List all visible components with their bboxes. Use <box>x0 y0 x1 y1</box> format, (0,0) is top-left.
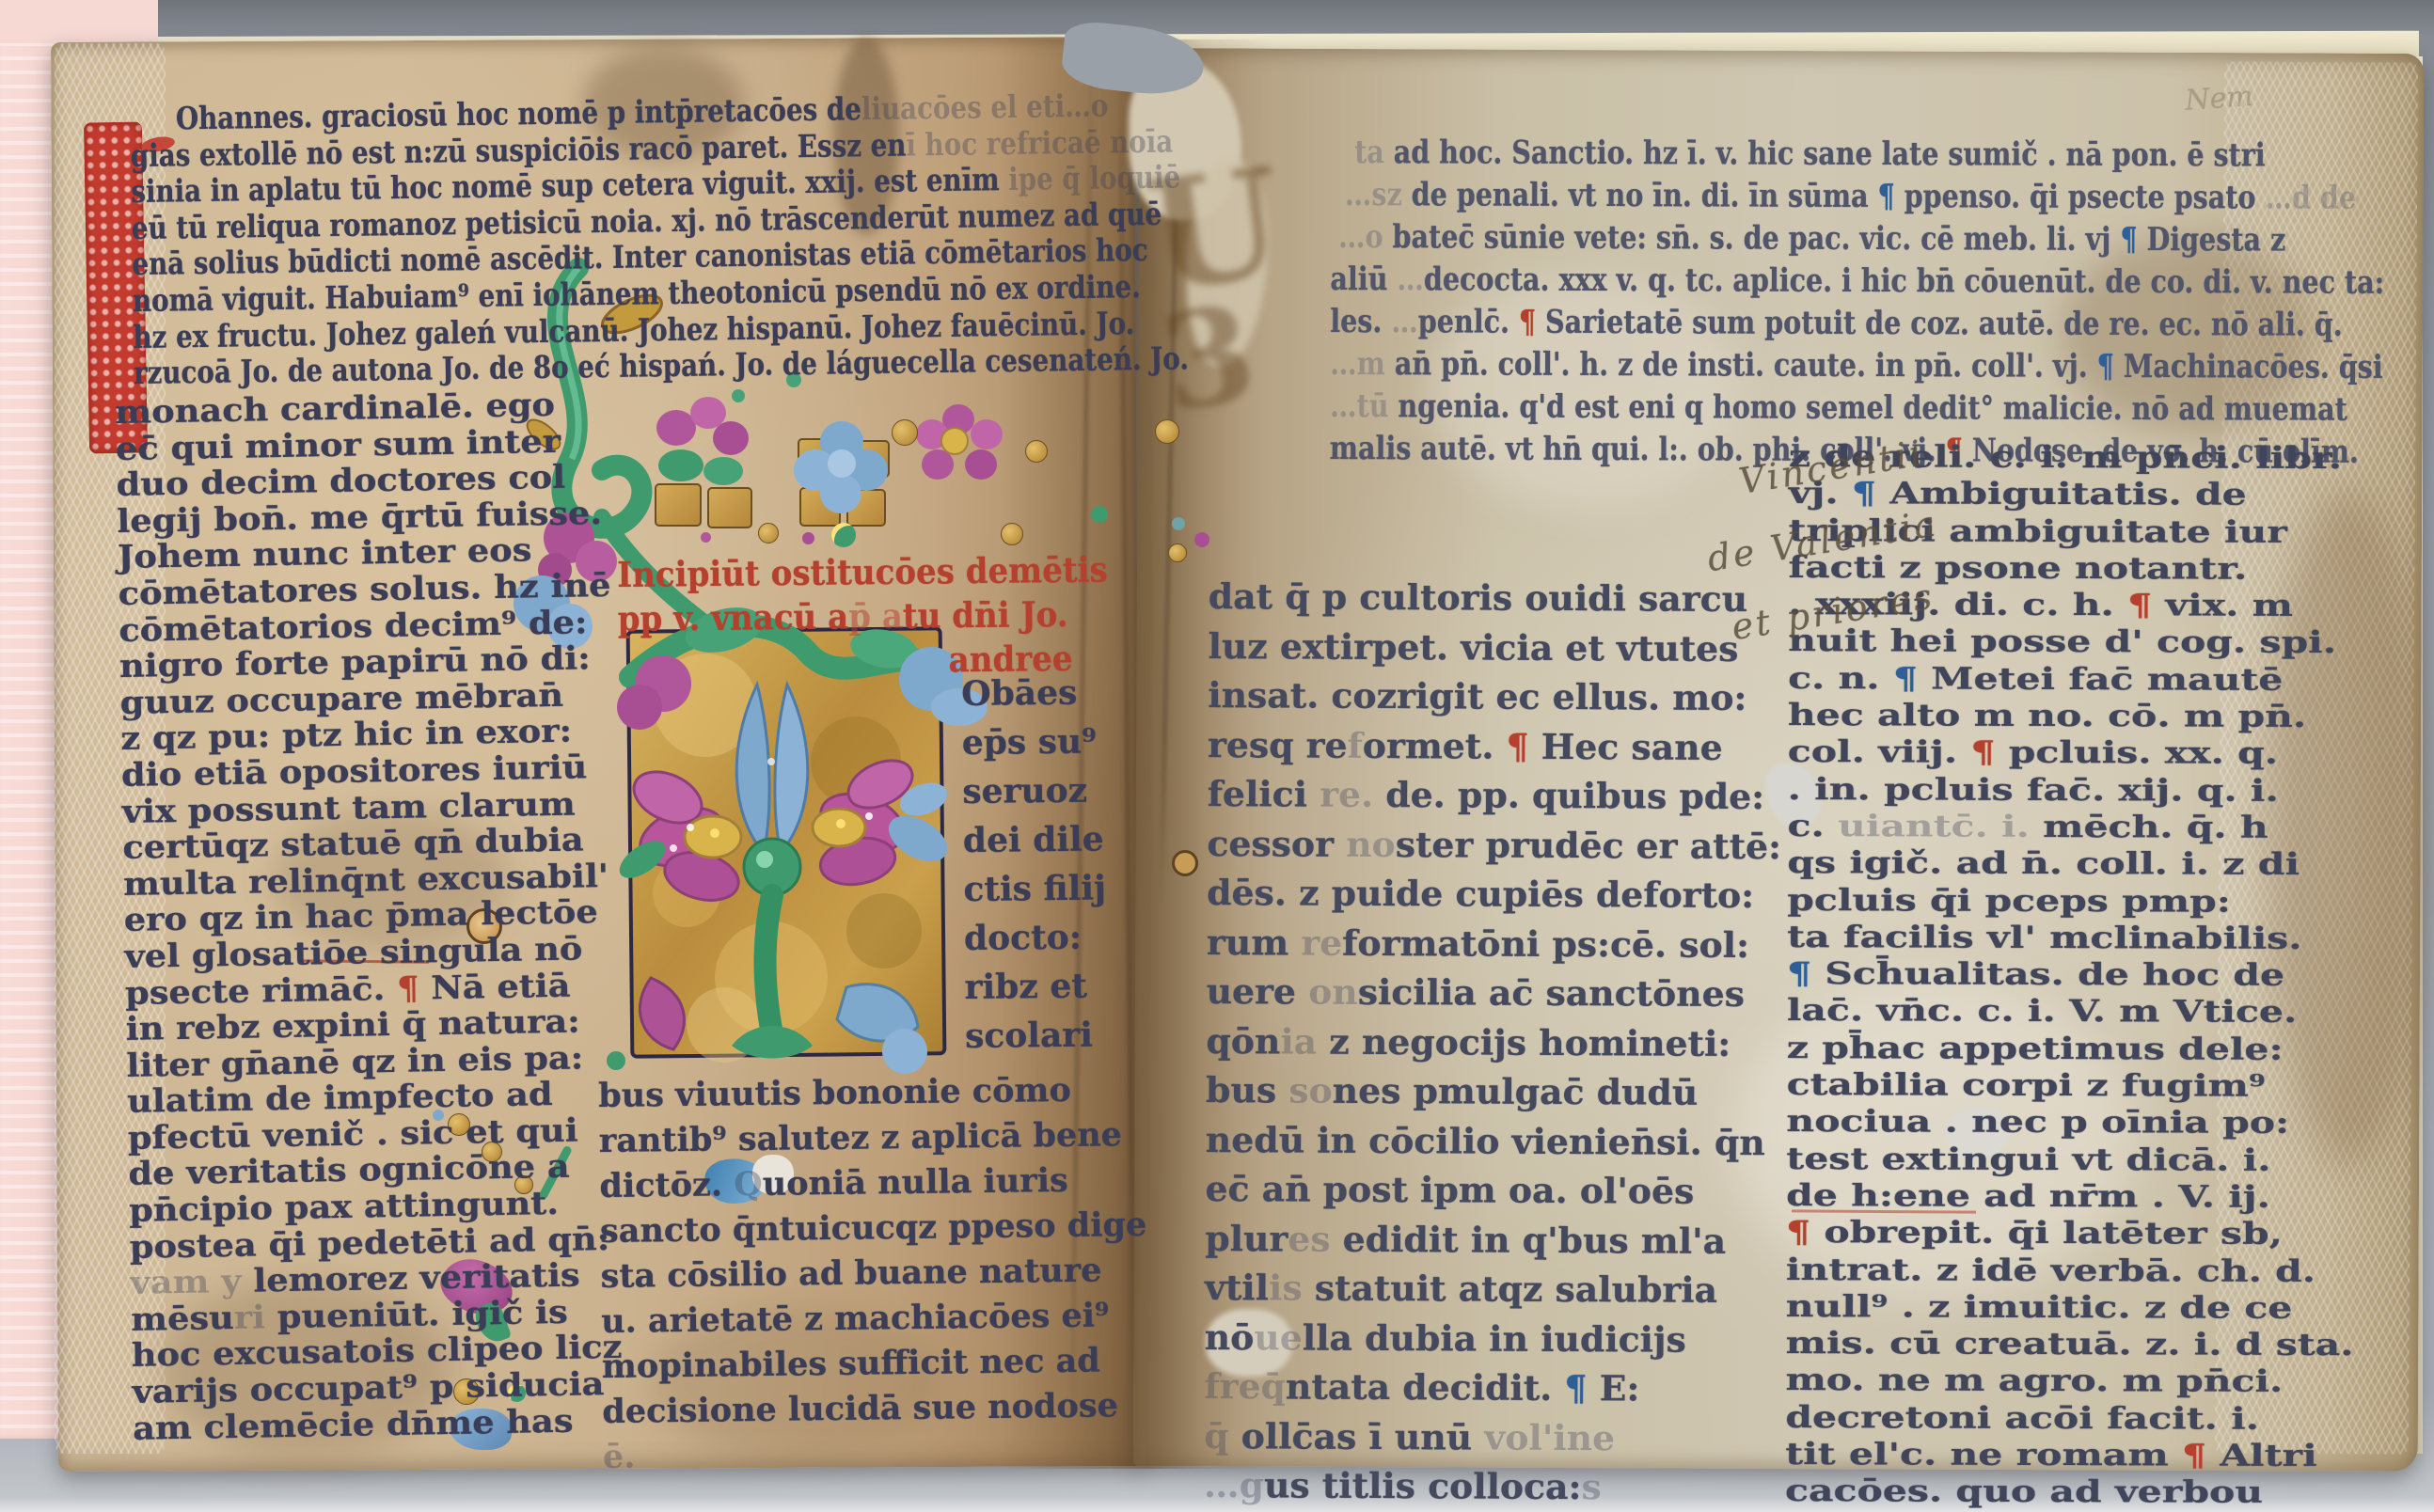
flower-magenta-petal <box>971 419 1003 449</box>
gold-dot <box>1155 419 1179 444</box>
gold-dot <box>1001 523 1023 545</box>
flower-gold-center <box>940 427 969 455</box>
right-page-top-lines: ta ad hoc. Sanctio. hz ī. v. hic sane la… <box>1330 132 2385 474</box>
flower-magenta <box>713 421 749 455</box>
flower-blue-petal <box>820 474 861 513</box>
flower-blue-center <box>828 449 856 478</box>
teal-dot <box>1172 517 1185 530</box>
ringed-gold-dot <box>1172 850 1198 876</box>
green-dot <box>1091 506 1108 523</box>
green-drop <box>831 523 856 547</box>
owner-inscription: Vincentiide Valentiaet priores <box>1691 417 1954 665</box>
left-page-rubric: Incipiūt ostitucōes demētispp v. vnacū a… <box>617 548 1109 685</box>
left-page-top-lines: Ohannes. graciosū hoc nomē p intp̄retacō… <box>130 87 1189 391</box>
gold-dot <box>1025 440 1048 463</box>
magenta-dot <box>701 532 711 543</box>
gold-dot <box>758 523 779 543</box>
faint-top-right-note: Nem <box>2184 78 2254 120</box>
right-page-column-a: dat q̄ p cultoris ouidi sarculuz extirpe… <box>1204 572 1783 1512</box>
flower-leaf-green <box>658 449 703 481</box>
gold-dot <box>892 419 918 446</box>
pink-fabric-corner <box>0 0 158 43</box>
left-page-beside-initial: Obāesep̄s su⁹seruozdei dilectis filijdoc… <box>961 668 1108 1061</box>
magenta-dot <box>802 532 814 544</box>
green-dot <box>732 389 745 402</box>
gold-tile <box>707 487 752 528</box>
flower-magenta-petal <box>965 449 997 480</box>
gold-tile <box>655 483 702 527</box>
flower-leaf-green <box>703 457 743 485</box>
manuscript-photo: U 3 <box>0 0 2434 1512</box>
left-page-below-initial: bus viuutis bononie cōmorantib⁹ salutez … <box>598 1067 1149 1480</box>
left-page-column-a: monach cardinalē. egoec̄ qui minor sum i… <box>115 386 625 1447</box>
magenta-dot <box>1194 532 1209 547</box>
gold-dot <box>1168 543 1187 562</box>
